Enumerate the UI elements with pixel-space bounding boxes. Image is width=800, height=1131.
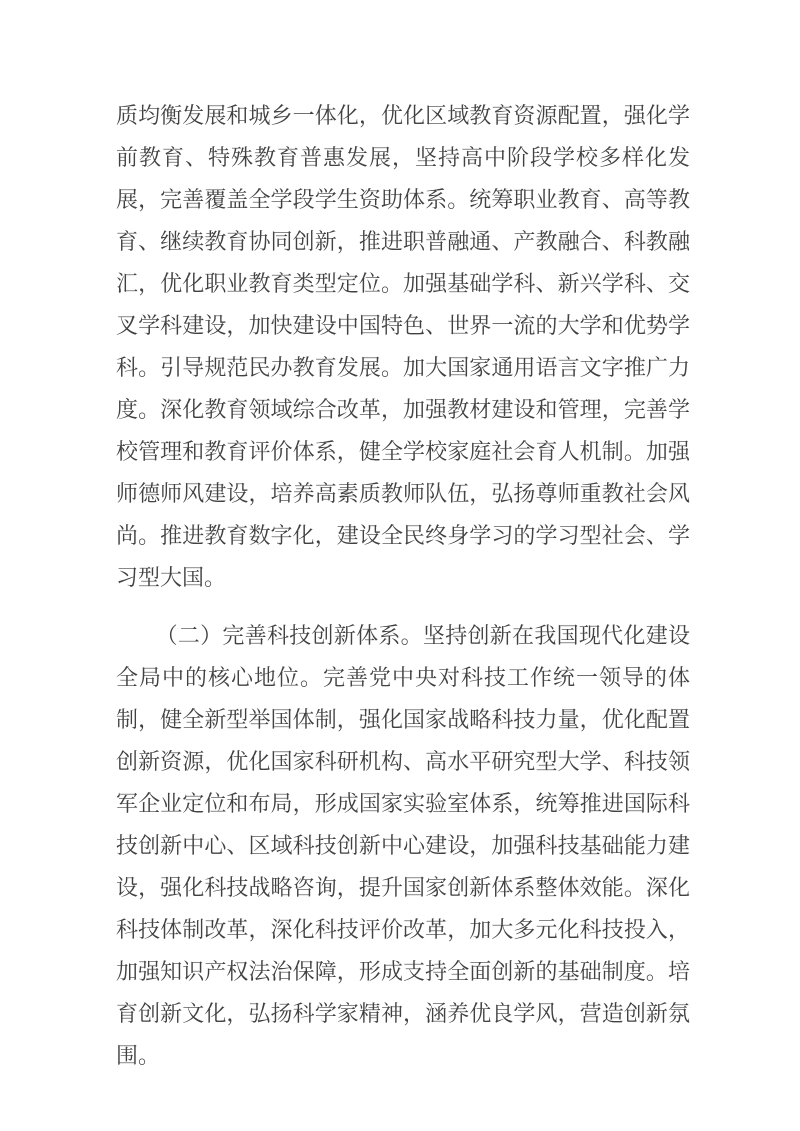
paragraph-section-2: （二）完善科技创新体系。坚持创新在我国现代化建设全局中的核心地位。完善党中央对科… bbox=[116, 615, 690, 1077]
paragraph-continuation: 质均衡发展和城乡一体化，优化区域教育资源配置，强化学前教育、特殊教育普惠发展，坚… bbox=[116, 95, 690, 599]
document-body: 质均衡发展和城乡一体化，优化区域教育资源配置，强化学前教育、特殊教育普惠发展，坚… bbox=[116, 95, 690, 1077]
document-page: 质均衡发展和城乡一体化，优化区域教育资源配置，强化学前教育、特殊教育普惠发展，坚… bbox=[0, 0, 800, 1131]
